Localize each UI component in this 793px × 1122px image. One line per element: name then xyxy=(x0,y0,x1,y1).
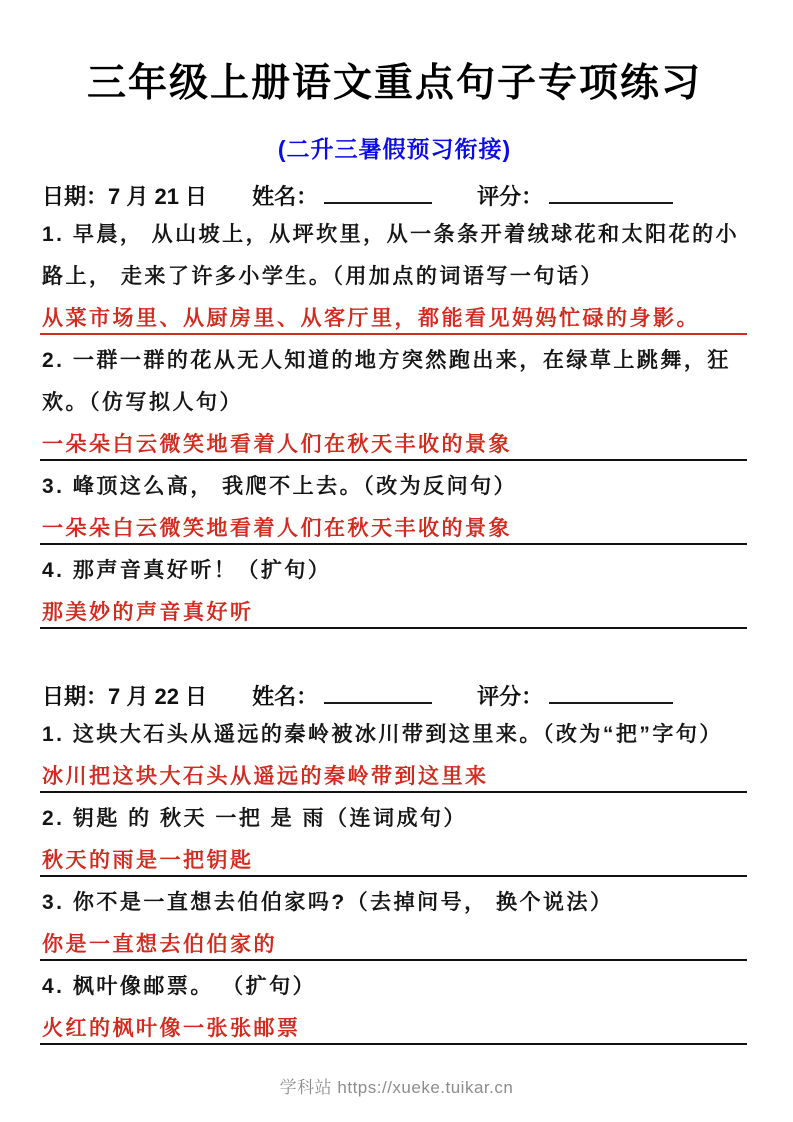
section1-meta-row: 日期：7 月 21 日姓名：评分： xyxy=(42,180,747,214)
answer-text: 一朵朵白云微笑地看着人们在秋天丰收的景象 xyxy=(42,508,747,550)
question-text: 3. 峰顶这么高， 我爬不上去。（改为反问句） xyxy=(42,466,747,508)
name-blank-field xyxy=(324,684,432,704)
date-value: 7 月 21 日 xyxy=(108,184,207,209)
score-group: 评分： xyxy=(477,680,673,714)
score-blank-field xyxy=(549,684,673,704)
section2-meta-row: 日期：7 月 22 日姓名：评分： xyxy=(42,680,747,714)
answer-text: 秋天的雨是一把钥匙 xyxy=(42,840,747,882)
date-value: 7 月 22 日 xyxy=(108,684,207,709)
question-text: 2. 钥匙 的 秋天 一把 是 雨（连词成句） xyxy=(42,798,747,840)
date-label: 日期： xyxy=(42,684,108,709)
answer-text: 从菜市场里、从厨房里、从客厅里，都能看见妈妈忙碌的身影。 xyxy=(42,298,747,340)
question-text: 3. 你不是一直想去伯伯家吗?（去掉问号， 换个说法） xyxy=(42,882,747,924)
name-label: 姓名： xyxy=(252,684,318,709)
section2-body: 1. 这块大石头从遥远的秦岭被冰川带到这里来。（改为“把”字句） 冰川把这块大石… xyxy=(42,714,747,1050)
score-label: 评分： xyxy=(477,184,543,209)
question-text: 4. 那声音真好听！（扩句） xyxy=(42,550,747,592)
page-subtitle: (二升三暑假预习衔接) xyxy=(42,134,747,164)
page-title: 三年级上册语文重点句子专项练习 xyxy=(42,60,747,108)
answer-text: 你是一直想去伯伯家的 xyxy=(42,924,747,966)
name-group: 姓名： xyxy=(252,680,432,714)
score-group: 评分： xyxy=(477,180,673,214)
section1-body: 1. 早晨， 从山坡上，从坪坎里，从一条条开着绒球花和太阳花的小路上， 走来了许… xyxy=(42,214,747,634)
question-text: 1. 这块大石头从遥远的秦岭被冰川带到这里来。（改为“把”字句） xyxy=(42,714,747,756)
score-blank-field xyxy=(549,184,673,204)
date-label: 日期： xyxy=(42,184,108,209)
score-label: 评分： xyxy=(477,684,543,709)
answer-text: 一朵朵白云微笑地看着人们在秋天丰收的景象 xyxy=(42,424,747,466)
question-text: 4. 枫叶像邮票。 （扩句） xyxy=(42,966,747,1008)
worksheet-page: 三年级上册语文重点句子专项练习 (二升三暑假预习衔接) 日期：7 月 21 日姓… xyxy=(0,0,793,1122)
answer-text: 冰川把这块大石头从遥远的秦岭带到这里来 xyxy=(42,756,747,798)
name-blank-field xyxy=(324,184,432,204)
question-text: 2. 一群一群的花从无人知道的地方突然跑出来，在绿草上跳舞，狂欢。（仿写拟人句） xyxy=(42,340,747,424)
name-group: 姓名： xyxy=(252,180,432,214)
question-text: 1. 早晨， 从山坡上，从坪坎里，从一条条开着绒球花和太阳花的小路上， 走来了许… xyxy=(42,214,747,298)
name-label: 姓名： xyxy=(252,184,318,209)
footer-watermark: 学科站 https://xueke.tuikar.cn xyxy=(0,1073,793,1098)
answer-text: 火红的枫叶像一张张邮票 xyxy=(42,1008,747,1050)
date-group: 日期：7 月 21 日 xyxy=(42,180,207,214)
answer-text: 那美妙的声音真好听 xyxy=(42,592,747,634)
date-group: 日期：7 月 22 日 xyxy=(42,680,207,714)
